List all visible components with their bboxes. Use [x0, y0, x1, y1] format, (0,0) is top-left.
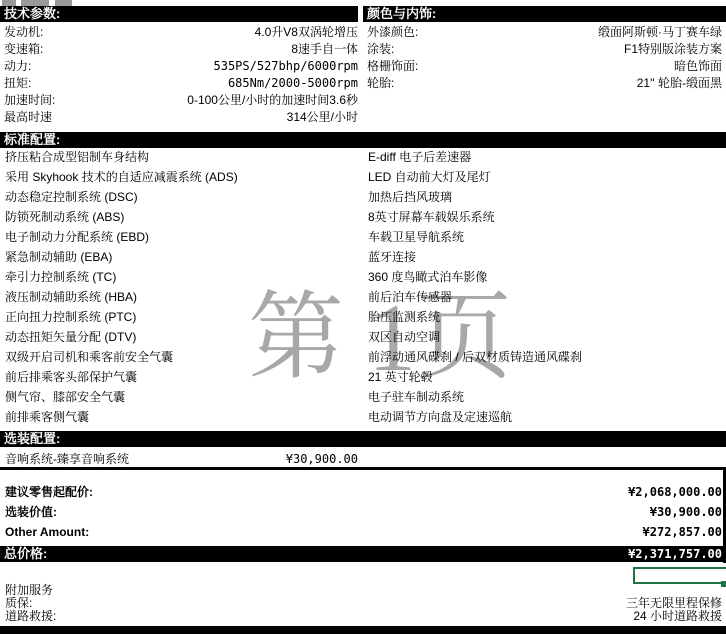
standard-config-right-list: E-diff 电子后差速器 LED 自动前大灯及尾灯 加热后挡风玻璃 8英寸屏幕…: [368, 147, 724, 427]
feature-item: LED 自动前大灯及尾灯: [368, 167, 724, 187]
spec-row: 动力: 535PS/527bhp/6000rpm: [4, 58, 358, 75]
feature-item: 动态稳定控制系统 (DSC): [5, 187, 358, 207]
total-price-value: ¥2,371,757.00: [628, 546, 722, 562]
spec-value: 535PS/527bhp/6000rpm: [214, 58, 359, 75]
feature-item: 前浮动通风碟刹 / 后双材质铸造通风碟刹: [368, 347, 724, 367]
spec-value: 0-100公里/小时的加速时间3.6秒: [187, 92, 358, 109]
service-row: 质保: 三年无限里程保修: [5, 597, 722, 610]
spec-label: 涂装:: [367, 41, 394, 58]
spec-row: 轮胎: 21'' 轮胎-缎面黑: [367, 75, 722, 92]
feature-item: 前后排乘客头部保护气囊: [5, 367, 358, 387]
feature-item: 前排乘客侧气囊: [5, 407, 358, 427]
summary-label: Other Amount:: [5, 522, 89, 542]
spec-value: 暗色饰面: [674, 58, 722, 75]
feature-item: 21 英寸轮毂: [368, 367, 724, 387]
total-price-label: 总价格:: [4, 546, 47, 562]
spec-label: 变速箱:: [4, 41, 43, 58]
feature-item: E-diff 电子后差速器: [368, 147, 724, 167]
spec-value: 314公里/小时: [287, 109, 358, 126]
excel-selected-cell[interactable]: [633, 567, 726, 584]
feature-item: 电子驻车制动系统: [368, 387, 724, 407]
spec-label: 加速时间:: [4, 92, 55, 109]
feature-item: 双区自动空调: [368, 327, 724, 347]
tech-params-list: 发动机: 4.0升V8双涡轮增压 变速箱: 8速手自一体 动力: 535PS/5…: [4, 24, 358, 126]
summary-value: ¥2,068,000.00: [628, 482, 722, 502]
feature-item: 动态扭矩矢量分配 (DTV): [5, 327, 358, 347]
price-summary: 建议零售起配价: ¥2,068,000.00 选装价值: ¥30,900.00 …: [5, 482, 722, 542]
summary-value: ¥30,900.00: [650, 502, 722, 522]
optional-item-label: 音响系统-臻享音响系统: [5, 451, 129, 468]
selection-fill-handle-icon[interactable]: [721, 581, 726, 587]
spec-row: 格栅饰面: 暗色饰面: [367, 58, 722, 75]
feature-item: 胎压监测系统: [368, 307, 724, 327]
spec-row: 变速箱: 8速手自一体: [4, 41, 358, 58]
spec-value: F1特别版涂装方案: [624, 41, 722, 58]
spec-label: 扭矩:: [4, 75, 31, 92]
spec-label: 外漆颜色:: [367, 24, 418, 41]
summary-label: 选装价值:: [5, 502, 57, 522]
spec-value: 21'' 轮胎-缎面黑: [637, 75, 722, 92]
feature-item: 液压制动辅助系统 (HBA): [5, 287, 358, 307]
colors-interior-list: 外漆颜色: 缎面阿斯顿·马丁赛车绿 涂装: F1特别版涂装方案 格栅饰面: 暗色…: [367, 24, 722, 92]
section-header-optional-config-label: 选装配置:: [4, 431, 60, 446]
spec-row: 发动机: 4.0升V8双涡轮增压: [4, 24, 358, 41]
feature-item: 双级开启司机和乘客前安全气囊: [5, 347, 358, 367]
spec-label: 动力:: [4, 58, 31, 75]
spec-label: 轮胎:: [367, 75, 394, 92]
summary-row: Other Amount: ¥272,857.00: [5, 522, 722, 542]
section-header-standard-config-label: 标准配置:: [4, 132, 60, 147]
feature-item: 蓝牙连接: [368, 247, 724, 267]
bottom-section-bar: [0, 626, 726, 634]
spec-row: 扭矩: 685Nm/2000-5000rpm: [4, 75, 358, 92]
feature-item: 电动调节方向盘及定速巡航: [368, 407, 724, 427]
feature-item: 电子制动力分配系统 (EBD): [5, 227, 358, 247]
feature-item: 挤压粘合成型铝制车身结构: [5, 147, 358, 167]
summary-value: ¥272,857.00: [643, 522, 722, 542]
feature-item: 前后泊车传感器: [368, 287, 724, 307]
price-quote-document: 第 1页 技术参数: 颜色与内饰: 发动机: 4.0升V8双涡轮增压 变速箱: …: [0, 0, 726, 634]
feature-item: 360 度鸟瞰式泊车影像: [368, 267, 724, 287]
spec-row: 外漆颜色: 缎面阿斯顿·马丁赛车绿: [367, 24, 722, 41]
section-divider-line: [0, 467, 726, 470]
spec-value: 4.0升V8双涡轮增压: [255, 24, 358, 41]
optional-item-row: 音响系统-臻享音响系统 ¥30,900.00: [5, 451, 358, 468]
section-header-standard-config: 标准配置:: [0, 132, 726, 148]
spec-label: 格栅饰面:: [367, 58, 418, 75]
standard-config-left-list: 挤压粘合成型铝制车身结构 采用 Skyhook 技术的自适应减震系统 (ADS)…: [5, 147, 358, 427]
section-header-tech-params-label: 技术参数:: [4, 6, 60, 21]
section-header-colors-interior: 颜色与内饰:: [363, 6, 726, 22]
feature-item: 防锁死制动系统 (ABS): [5, 207, 358, 227]
section-header-optional-config: 选装配置:: [0, 431, 726, 447]
spec-label: 最高时速: [4, 109, 52, 126]
feature-item: 采用 Skyhook 技术的自适应减震系统 (ADS): [5, 167, 358, 187]
section-header-tech-params: 技术参数:: [0, 6, 358, 22]
spec-row: 加速时间: 0-100公里/小时的加速时间3.6秒: [4, 92, 358, 109]
service-label: 道路救援:: [5, 610, 56, 623]
summary-row: 建议零售起配价: ¥2,068,000.00: [5, 482, 722, 502]
feature-item: 8英寸屏幕车载娱乐系统: [368, 207, 724, 227]
service-value: 24 小时道路救援: [633, 610, 722, 623]
spec-row: 最高时速 314公里/小时: [4, 109, 358, 126]
service-row: 道路救援: 24 小时道路救援: [5, 610, 722, 623]
summary-label: 建议零售起配价:: [5, 482, 93, 502]
section-header-colors-interior-label: 颜色与内饰:: [367, 6, 436, 21]
feature-item: 紧急制动辅助 (EBA): [5, 247, 358, 267]
feature-item: 加热后挡风玻璃: [368, 187, 724, 207]
feature-item: 车载卫星导航系统: [368, 227, 724, 247]
total-price-bar: 总价格: ¥2,371,757.00: [0, 546, 726, 562]
summary-row: 选装价值: ¥30,900.00: [5, 502, 722, 522]
spec-value: 685Nm/2000-5000rpm: [228, 75, 358, 92]
spec-row: 涂装: F1特别版涂装方案: [367, 41, 722, 58]
spec-value: 缎面阿斯顿·马丁赛车绿: [598, 24, 722, 41]
optional-item-price: ¥30,900.00: [286, 451, 358, 468]
feature-item: 牵引力控制系统 (TC): [5, 267, 358, 287]
feature-item: 侧气帘、膝部安全气囊: [5, 387, 358, 407]
spec-value: 8速手自一体: [291, 41, 358, 58]
spec-label: 发动机:: [4, 24, 43, 41]
feature-item: 正向扭力控制系统 (PTC): [5, 307, 358, 327]
